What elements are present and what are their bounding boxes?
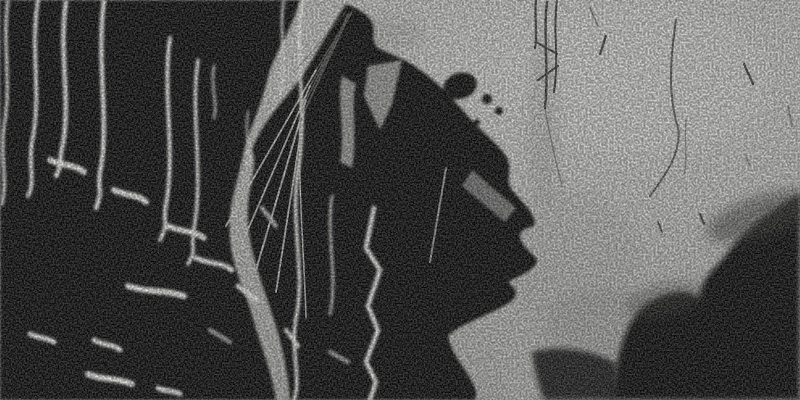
grain-texture [0, 0, 800, 400]
photo-canvas [0, 0, 800, 400]
grain-light-layer [0, 0, 800, 400]
photograph: Black-and-white photograph: a receding r… [0, 0, 800, 400]
